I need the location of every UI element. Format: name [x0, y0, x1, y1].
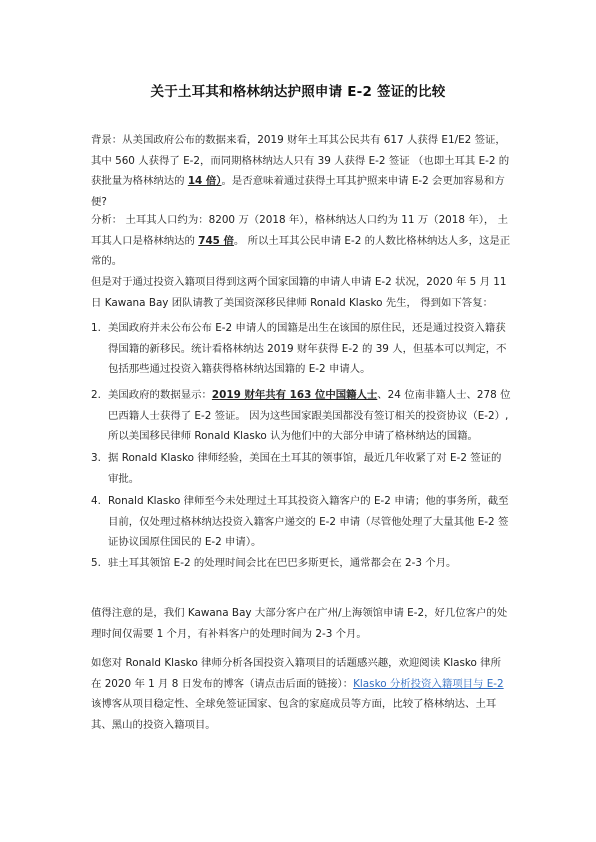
- list-number: 3.: [91, 448, 109, 469]
- analysis-emphasis: 745 倍: [198, 235, 234, 247]
- list-text: 美国政府并未公布公布 E-2 申请人的国籍是出生在该国的原住民，还是通过投资入籍…: [108, 318, 511, 380]
- list-text: 据 Ronald Klasko 律师经验，美国在土耳其的领事馆，最近几年收紧了对…: [108, 448, 511, 489]
- analysis-paragraph: 分析： 土耳其人口约为：8200 万（2018 年），格林纳达人口约为 11 万…: [91, 210, 511, 272]
- list-text: 驻土耳其领馆 E-2 的处理时间会比在巴巴多斯更长，通常都会在 2-3 个月。: [108, 553, 511, 574]
- list-text: 美国政府的数据显示：2019 财年共有 163 位中国籍人士、24 位南非籍人士…: [108, 385, 511, 447]
- closing-summary: 该博客从项目稳定性、全球免签证国家、包含的家庭成员等方面，比较了格林纳达、土耳其…: [91, 698, 496, 731]
- list-text: Ronald Klasko 律师至今未处理过土耳其投资入籍客户的 E-2 申请；…: [108, 491, 511, 553]
- list-number: 2.: [91, 385, 109, 406]
- intro-paragraph: 但是对于通过投资入籍项目得到这两个国家国籍的申请人申请 E-2 状况，2020 …: [91, 272, 511, 313]
- document-title: 关于土耳其和格林纳达护照申请 E-2 签证的比较: [0, 80, 596, 100]
- document-page: 关于土耳其和格林纳达护照申请 E-2 签证的比较 背景：从美国政府公布的数据来看…: [0, 0, 596, 842]
- list-number: 1.: [91, 318, 109, 339]
- closing-paragraph: 如您对 Ronald Klasko 律师分析各国投资入籍项目的话题感兴趣，欢迎阅…: [91, 653, 511, 735]
- background-emphasis: 14 倍）: [188, 175, 222, 187]
- list-text-lead: 美国政府的数据显示：: [108, 389, 212, 401]
- list-emphasis: 2019 财年共有 163 位中国籍人士: [212, 389, 377, 401]
- background-paragraph: 背景：从美国政府公布的数据来看，2019 财年土耳其公民共有 617 人获得 E…: [91, 130, 511, 212]
- note-paragraph: 值得注意的是，我们 Kawana Bay 大部分客户在广州/上海领馆申请 E-2…: [91, 603, 511, 644]
- list-number: 5.: [91, 553, 109, 574]
- blog-link[interactable]: Klasko 分析投资入籍项目与 E-2: [353, 678, 504, 690]
- list-number: 4.: [91, 491, 109, 512]
